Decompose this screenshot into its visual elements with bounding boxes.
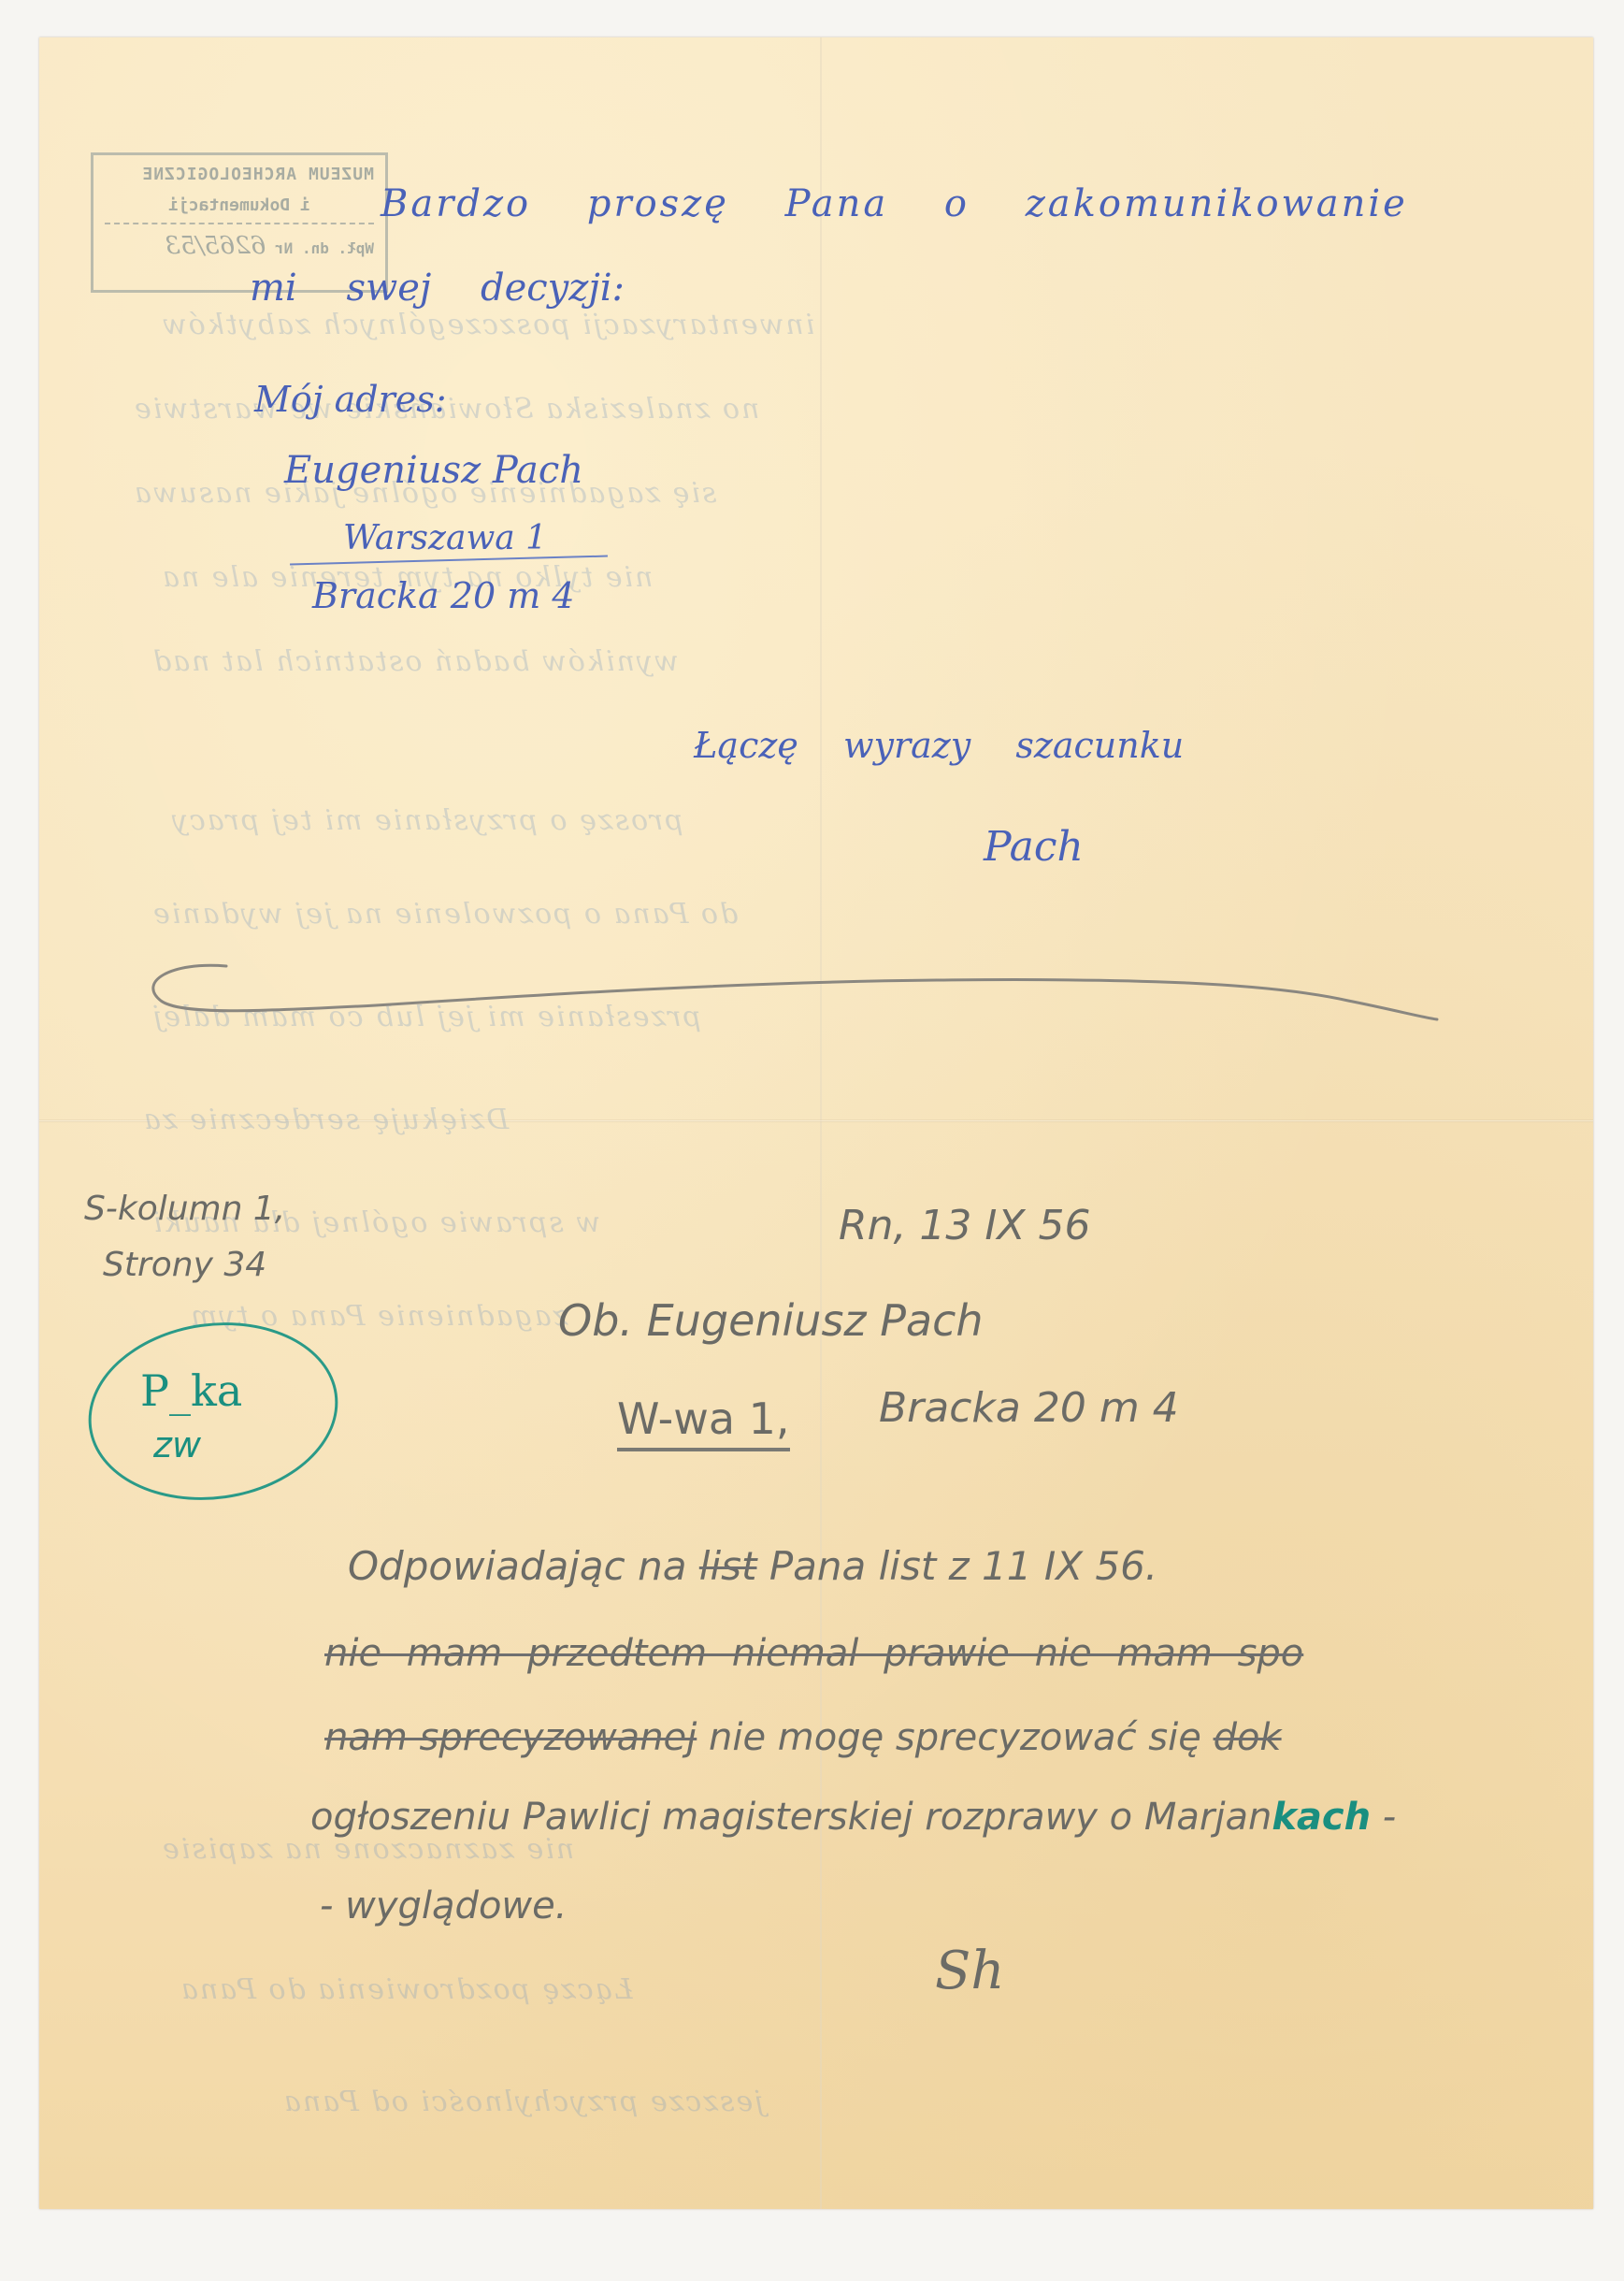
bleed-through-text: inwentaryzacji poszczególnych zabytków — [161, 309, 814, 341]
reply-body-struck-line: nie mam przedtem niemal prawie nie mam s… — [324, 1632, 1303, 1675]
stamp-line-3: Wpł. dn. Nr 6265/53 — [105, 232, 374, 260]
letter-closing: Łączę wyrazy szacunku — [694, 725, 1184, 766]
reply-place-date: Rn, 13 IX 56 — [839, 1202, 1091, 1249]
reply-signature: Sh — [935, 1941, 1004, 2001]
reply-street: Bracka 20 m 4 — [879, 1384, 1179, 1432]
reply-body-struck-seg: dok — [1214, 1716, 1282, 1759]
teal-correction: kach — [1272, 1796, 1371, 1839]
margin-note-line-1: S-kolumn 1, — [84, 1190, 285, 1228]
circled-note-line-2: zw — [153, 1424, 201, 1465]
reply-body-line-5: - wyglądowe. — [320, 1884, 567, 1927]
address-name: Eugeniusz Pach — [284, 449, 583, 492]
reply-body-seg: Pana list z 11 IX 56. — [756, 1543, 1157, 1589]
reply-body-seg: - — [1371, 1796, 1396, 1839]
bleed-through-text: jeszcze przychylności od Pana — [282, 2086, 764, 2118]
bleed-through-text: Dziękuję serdecznie za — [142, 1104, 509, 1136]
vertical-fold — [820, 37, 822, 2209]
reply-body-seg: Odpowiadając na — [348, 1543, 699, 1589]
reply-body-struck-seg: list — [699, 1543, 757, 1589]
circled-note-line-1: P_ka — [140, 1365, 242, 1416]
reply-body-line-1: Odpowiadając na list Pana list z 11 IX 5… — [348, 1543, 1157, 1589]
stamp-line-2: i Dokumentacji — [105, 195, 374, 215]
reply-body-line-4: ogłoszeniu Pawlicj magisterskiej rozpraw… — [310, 1796, 1396, 1839]
bleed-through-text: do Pana o pozwolenie na jej wydanie — [151, 898, 738, 931]
reply-addressee: Ob. Eugeniusz Pach — [558, 1295, 984, 1346]
stamp-number: 6265/53 — [165, 232, 266, 260]
pencil-flourish — [142, 963, 1470, 1038]
reply-body-seg: ogłoszeniu Pawlicj magisterskiej rozpraw… — [310, 1796, 1272, 1839]
reply-body-line-3: nam sprecyzowanej nie mogę sprecyzować s… — [324, 1716, 1282, 1759]
address-street: Bracka 20 m 4 — [312, 575, 575, 616]
letter-signature: Pach — [984, 823, 1084, 871]
stamp-number-label: Wpł. dn. Nr — [275, 239, 374, 257]
stamp-line-1: MUZEUM ARCHEOLOGICZNE — [105, 165, 374, 184]
address-label: Mój adres: — [254, 379, 447, 420]
reply-city: W-wa 1, — [617, 1393, 790, 1444]
stamp-rule — [105, 223, 374, 224]
reply-body-struck-seg: nam sprecyzowanej — [324, 1716, 697, 1759]
letter-line-2: mi swej decyzji: — [250, 267, 625, 310]
bleed-through-text: wyników badań ostatnich lat nad — [151, 645, 679, 678]
reply-body-seg: nie mogę sprecyzować się — [709, 1716, 1201, 1759]
paper-sheet: inwentaryzacji poszczególnych zabytków n… — [39, 37, 1593, 2209]
reply-city-text: W-wa 1, — [617, 1393, 790, 1451]
margin-note-line-2: Strony 34 — [103, 1246, 266, 1284]
bleed-through-text: Łączę pozdrowienia do Pana — [180, 1973, 633, 2006]
address-city: Warszawa 1 — [343, 519, 547, 557]
bleed-through-text: proszę o przysłanie mi tej pracy — [170, 804, 683, 837]
letter-line-1: Bardzo proszę Pana o zakomunikowanie — [381, 182, 1408, 225]
